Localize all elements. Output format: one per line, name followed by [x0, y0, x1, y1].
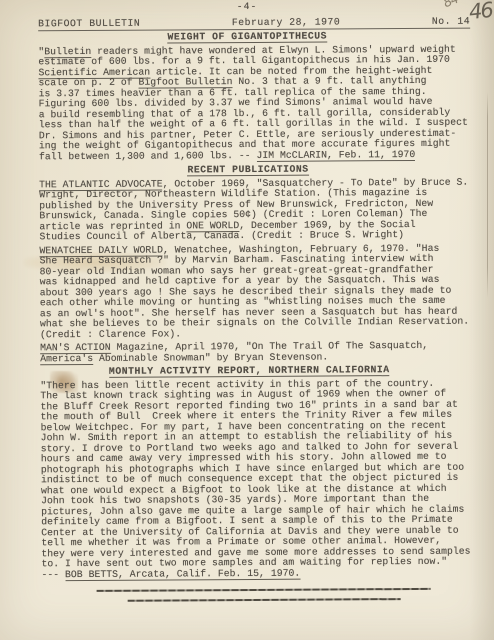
issue-number: No. 14 — [432, 16, 470, 27]
divider-line-top — [97, 588, 431, 592]
section-recent-publications: RECENT PUBLICATIONS THE ATLANTIC ADVOCAT… — [1, 163, 494, 364]
publication-item: WENATCHEE DAILY WORLD, Wenatchee, Washin… — [39, 243, 488, 340]
divider-line-bottom — [128, 598, 401, 602]
page-number: -4- — [0, 0, 494, 14]
masthead: BIGFOOT BULLETIN February 28, 1970 No. 1… — [38, 16, 470, 31]
publication-item: MAN'S ACTION Magazine, April 1970, "On T… — [40, 341, 488, 365]
section-heading: MONTHLY ACTIVITY REPORT, NORTHERN CALIFO… — [2, 364, 494, 378]
section-heading: RECENT PUBLICATIONS — [1, 163, 494, 177]
newsletter-title: BIGFOOT BULLETIN — [38, 18, 140, 29]
article-paragraph: "There has been little recent activity i… — [40, 378, 489, 580]
section-weight-of-gigantopithecus: WEIGHT OF GIGANTOPITHECUS "Bulletin read… — [0, 30, 494, 162]
article-paragraph: "Bulletin readers might have wondered at… — [38, 44, 487, 162]
issue-date: February 28, 1970 — [232, 17, 341, 28]
publication-item: THE ATLANTIC ADVOCATE, October 1969, "Sa… — [39, 177, 487, 243]
section-monthly-activity-report: MONTHLY ACTIVITY REPORT, NORTHERN CALIFO… — [2, 364, 494, 580]
newsletter-scan-page: 84 46 -4- BIGFOOT BULLETIN February 28, … — [0, 0, 494, 640]
page-content: -4- BIGFOOT BULLETIN February 28, 1970 N… — [0, 0, 494, 602]
section-heading: WEIGHT OF GIGANTOPITHECUS — [0, 30, 494, 44]
